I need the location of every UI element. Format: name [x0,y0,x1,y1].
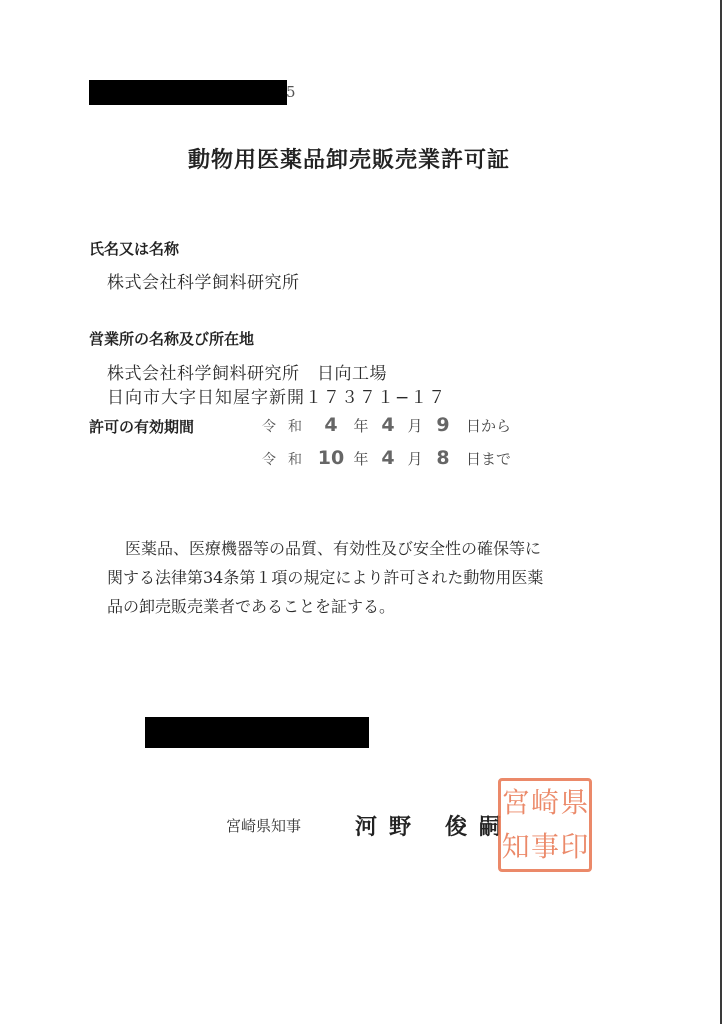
office-name: 株式会社科学飼料研究所 日向工場 [107,359,387,384]
era-char: 令 [262,449,288,469]
year-unit: 年 [348,448,374,469]
office-address: 日向市大字日知屋字新開１７３７１−１７ [107,383,446,408]
validity-to: 令 和 10 年 4 月 8 日まで [262,447,511,469]
name-char: 野 [389,810,445,841]
issuer-title: 宮崎県知事 [226,815,301,836]
certification-text: 医薬品、医療機器等の品質、有効性及び安全性の確保等に 関する法律第34条第１項の… [107,534,647,621]
name-char: 俊 [445,810,479,841]
name-label: 氏名又は名称 [89,238,179,259]
certification-line-3: 品の卸売販売業者であることを証する。 [107,592,647,621]
seal-char: 事 [530,825,559,869]
seal-char: 宮 [501,781,530,825]
to-suffix: 日まで [458,448,511,469]
certification-line-2: 関する法律第34条第１項の規定により許可された動物用医薬 [107,563,647,592]
validity-from: 令 和 4 年 4 月 9 日から [262,414,511,436]
document-number-tail: 5 [286,83,296,101]
page-edge [720,0,722,1024]
year-unit: 年 [348,415,374,436]
from-day: 9 [428,414,458,436]
name-value: 株式会社科学飼料研究所 [107,268,300,293]
from-suffix: 日から [458,415,511,436]
to-day: 8 [428,447,458,469]
to-year: 10 [314,447,348,469]
from-month: 4 [374,414,402,436]
period-label: 許可の有効期間 [89,416,194,437]
governor-name: 河 野 俊 嗣 [355,810,509,841]
seal-char: 県 [560,781,589,825]
office-label: 営業所の名称及び所在地 [89,328,254,349]
seal-char: 知 [501,825,530,869]
redacted-document-number [89,80,287,105]
seal-char: 崎 [530,781,559,825]
document-title: 動物用医薬品卸売販売業許可証 [188,143,510,174]
era-char: 令 [262,416,288,436]
month-unit: 月 [402,448,428,469]
to-month: 4 [374,447,402,469]
name-char: 河 [355,810,389,841]
era-char: 和 [288,449,314,469]
official-seal: 宮 崎 県 知 事 印 [498,778,592,872]
certification-line-1: 医薬品、医療機器等の品質、有効性及び安全性の確保等に [107,534,647,563]
era-char: 和 [288,416,314,436]
from-year: 4 [314,414,348,436]
month-unit: 月 [402,415,428,436]
seal-char: 印 [560,825,589,869]
redacted-issue-date [145,717,369,748]
